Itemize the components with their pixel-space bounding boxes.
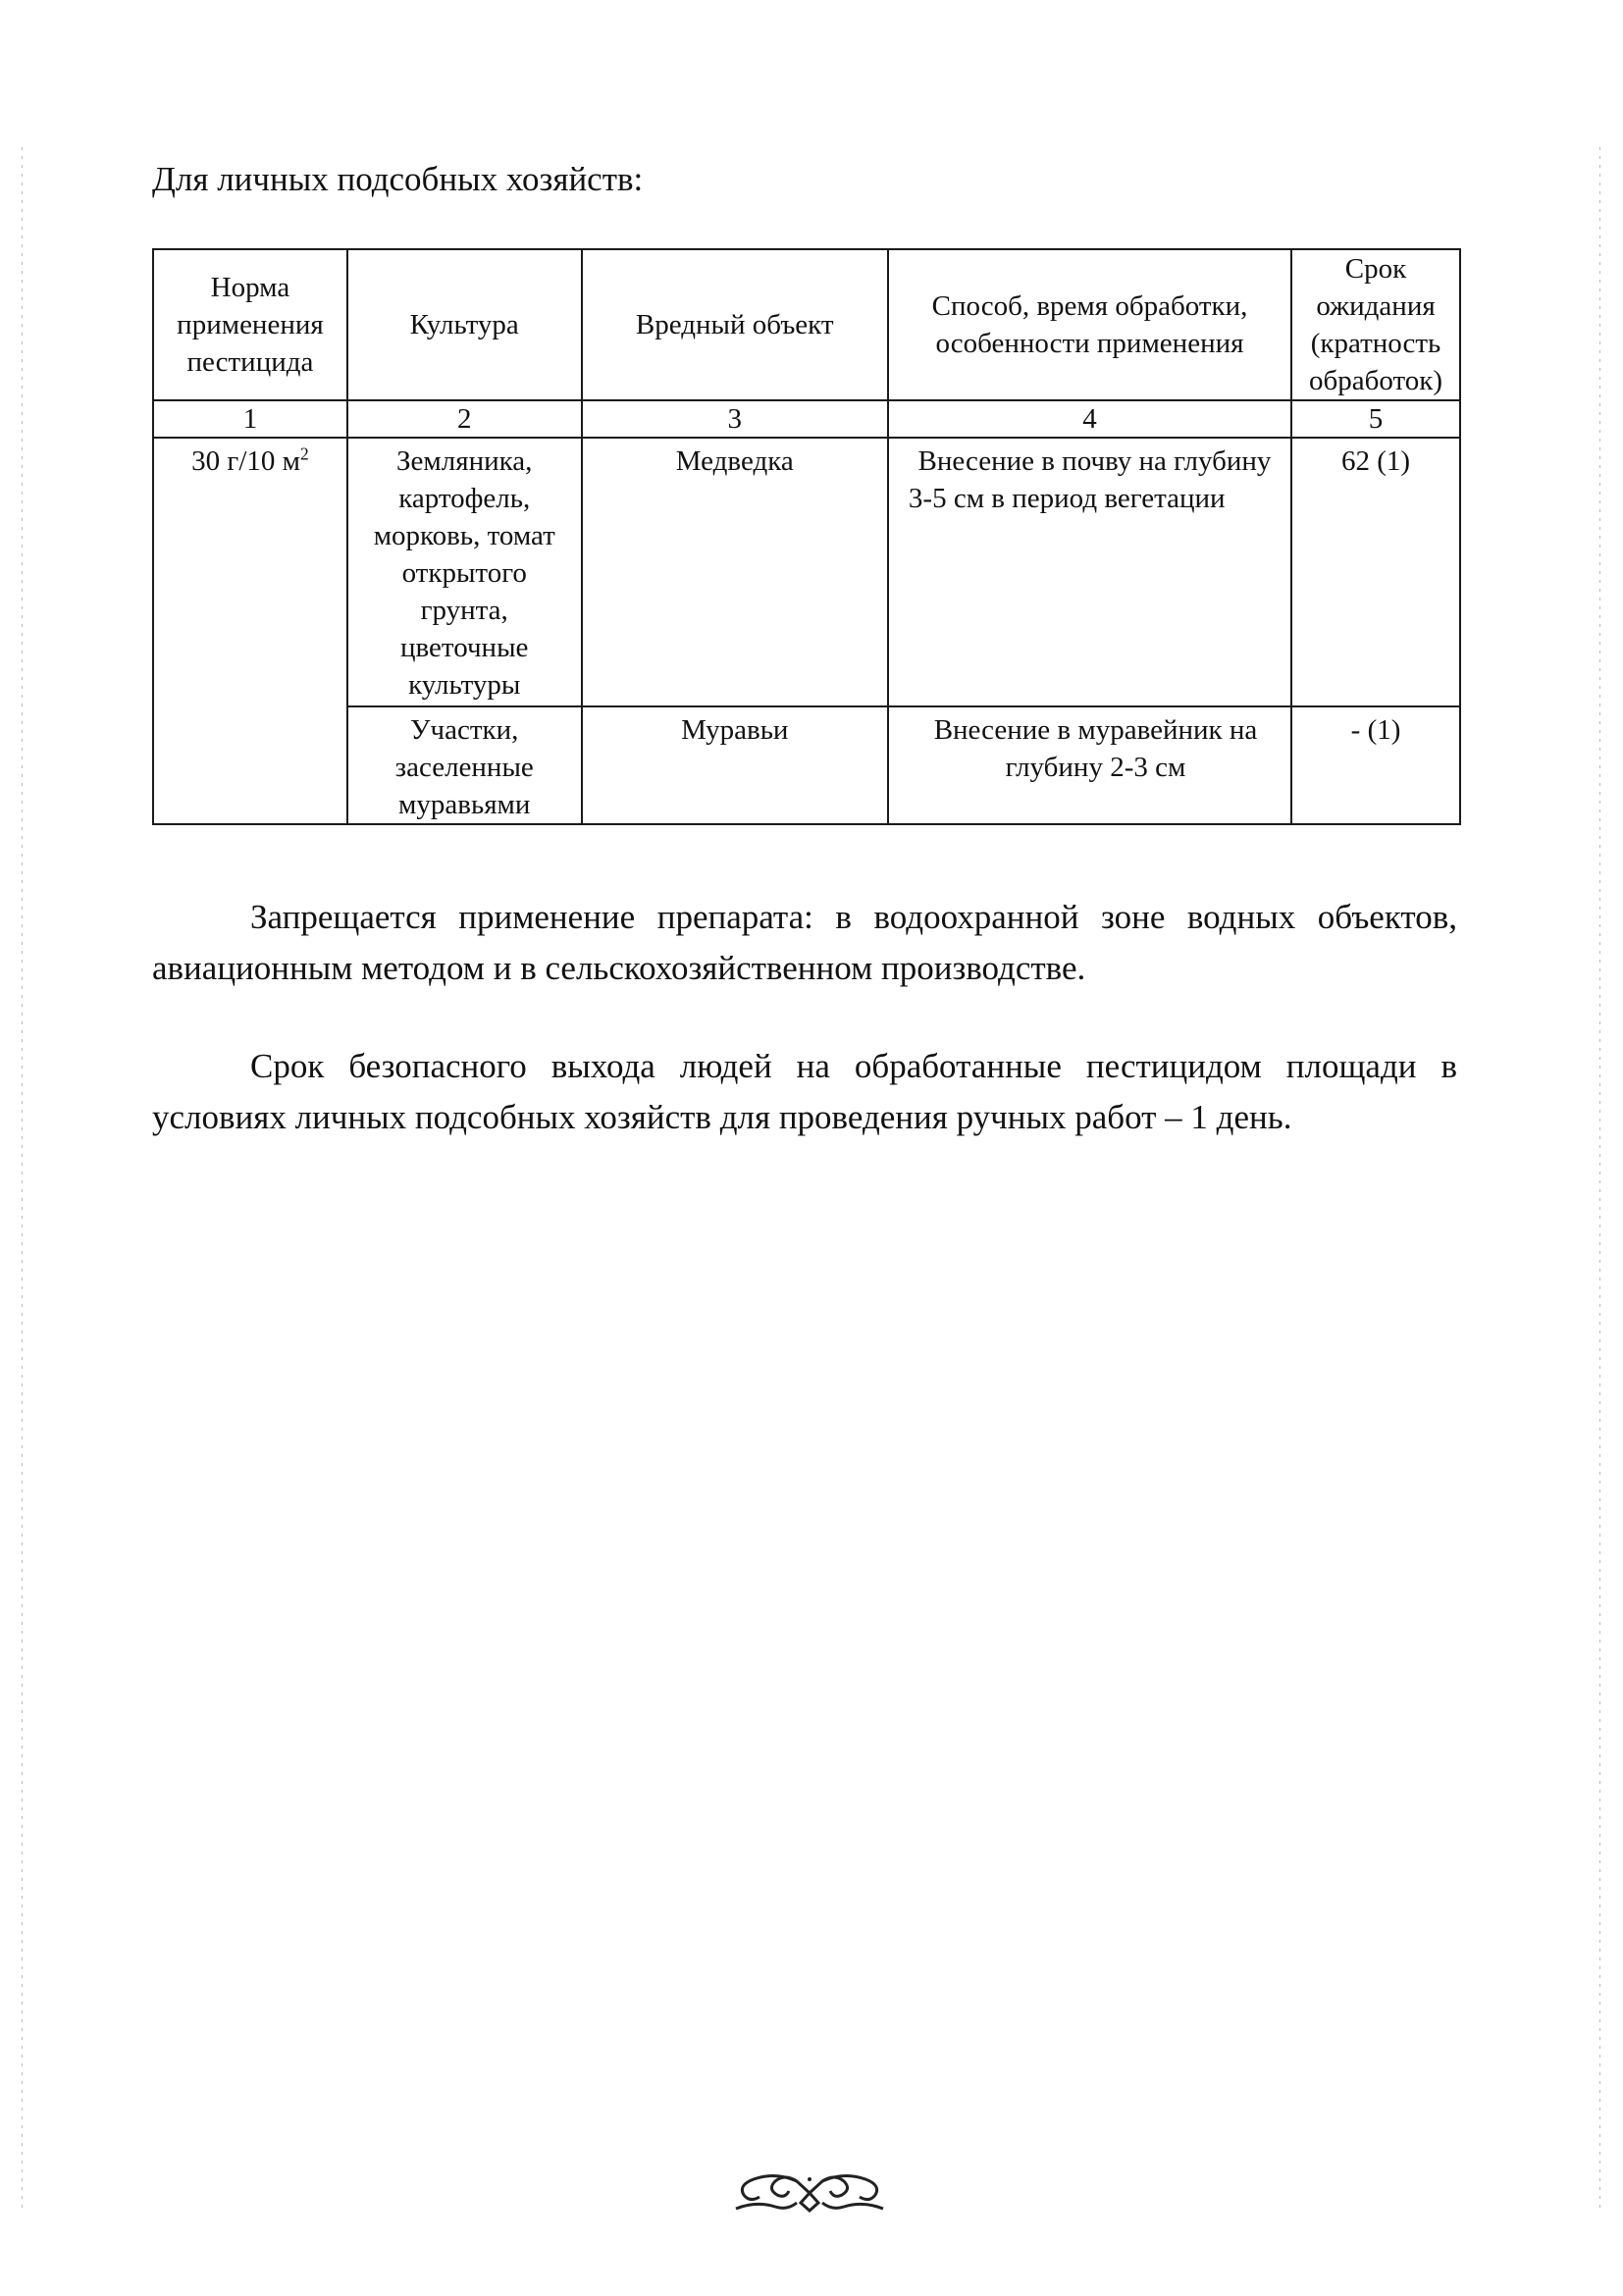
- scroll-ornament-icon: [726, 2173, 893, 2213]
- header-waiting-period: Срок ожидания (кратность обработок): [1291, 249, 1460, 400]
- table-row: 30 г/10 м2 Земляника, картофель, морковь…: [153, 438, 1460, 706]
- pest-cell: Муравьи: [582, 706, 888, 824]
- waiting-period-cell: - (1): [1291, 706, 1460, 824]
- header-method: Способ, время обработки, особенности при…: [888, 249, 1291, 400]
- section-heading: Для личных подсобных хозяйств:: [152, 160, 643, 199]
- header-crop: Культура: [347, 249, 582, 400]
- column-number: 4: [888, 400, 1291, 438]
- table-row: Участки, заселенные муравьями Муравьи Вн…: [153, 706, 1460, 824]
- table-header-row: Норма применения пестицида Культура Вред…: [153, 249, 1460, 400]
- crop-cell: Земляника, картофель, морковь, томат отк…: [347, 438, 582, 706]
- pest-cell: Медведка: [582, 438, 888, 706]
- column-number: 1: [153, 400, 347, 438]
- scan-edge-right: [1599, 147, 1600, 2208]
- column-number: 2: [347, 400, 582, 438]
- application-rate: 30 г/10 м: [191, 445, 300, 477]
- waiting-period-cell: 62 (1): [1291, 438, 1460, 706]
- column-number: 3: [582, 400, 888, 438]
- header-pest: Вредный объект: [582, 249, 888, 400]
- scan-edge-left: [22, 147, 23, 2208]
- method-cell: Внесение в почву на глубину 3-5 см в пер…: [888, 438, 1291, 706]
- application-regulations-table: Норма применения пестицида Культура Вред…: [152, 248, 1461, 825]
- header-rate: Норма применения пестицида: [153, 249, 347, 400]
- column-number-row: 1 2 3 4 5: [153, 400, 1460, 438]
- crop-cell: Участки, заселенные муравьями: [347, 706, 582, 824]
- rate-unit-exponent: 2: [300, 444, 309, 463]
- safe-reentry-paragraph: Срок безопасного выхода людей на обработ…: [152, 1041, 1457, 1143]
- method-cell: Внесение в муравейник на глубину 2-3 см: [888, 706, 1291, 824]
- restriction-paragraph: Запрещается применение препарата: в водо…: [152, 892, 1457, 994]
- column-number: 5: [1291, 400, 1460, 438]
- application-rate-cell: 30 г/10 м2: [153, 438, 347, 824]
